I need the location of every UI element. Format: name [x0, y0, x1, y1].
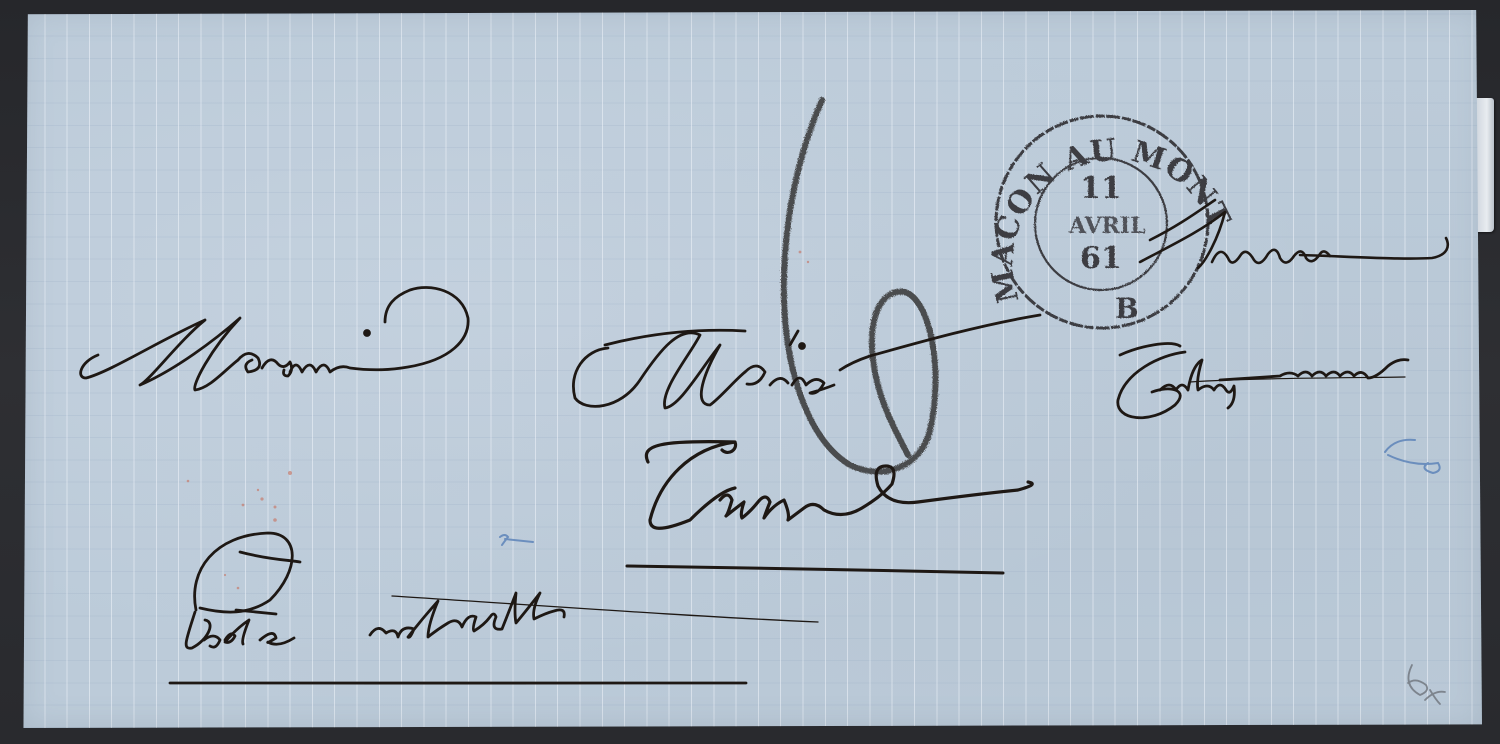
postmark-town-text: MACON AU MONT-CE… — [0, 0, 1237, 306]
postmark-letter: B — [1115, 292, 1139, 325]
letter-markings: MACON AU MONT-CE… 11 AVRIL 61 B — [0, 0, 1500, 744]
postmark: MACON AU MONT-CE… 11 AVRIL 61 B — [0, 0, 1237, 328]
line-monsieur — [81, 287, 468, 390]
red-ink-speckles — [187, 251, 810, 590]
line-turin — [627, 442, 1032, 573]
postmark-month: AVRIL — [1068, 213, 1146, 239]
pencil-note — [1408, 665, 1445, 704]
line-poste-restante — [170, 533, 818, 683]
handwritten-address — [81, 200, 1448, 683]
tax-mark-6 — [784, 100, 936, 472]
postmark-year: 61 — [1080, 241, 1122, 276]
margin-note-monsieur — [1140, 200, 1448, 268]
postmark-day: 11 — [1080, 171, 1122, 206]
line-entrepreneur — [1118, 344, 1408, 418]
blue-pencil-marks — [500, 440, 1440, 545]
svg-text:MACON AU MONT-CE…: MACON AU MONT-CE… — [0, 0, 1237, 306]
line-sellerier — [573, 315, 1040, 408]
